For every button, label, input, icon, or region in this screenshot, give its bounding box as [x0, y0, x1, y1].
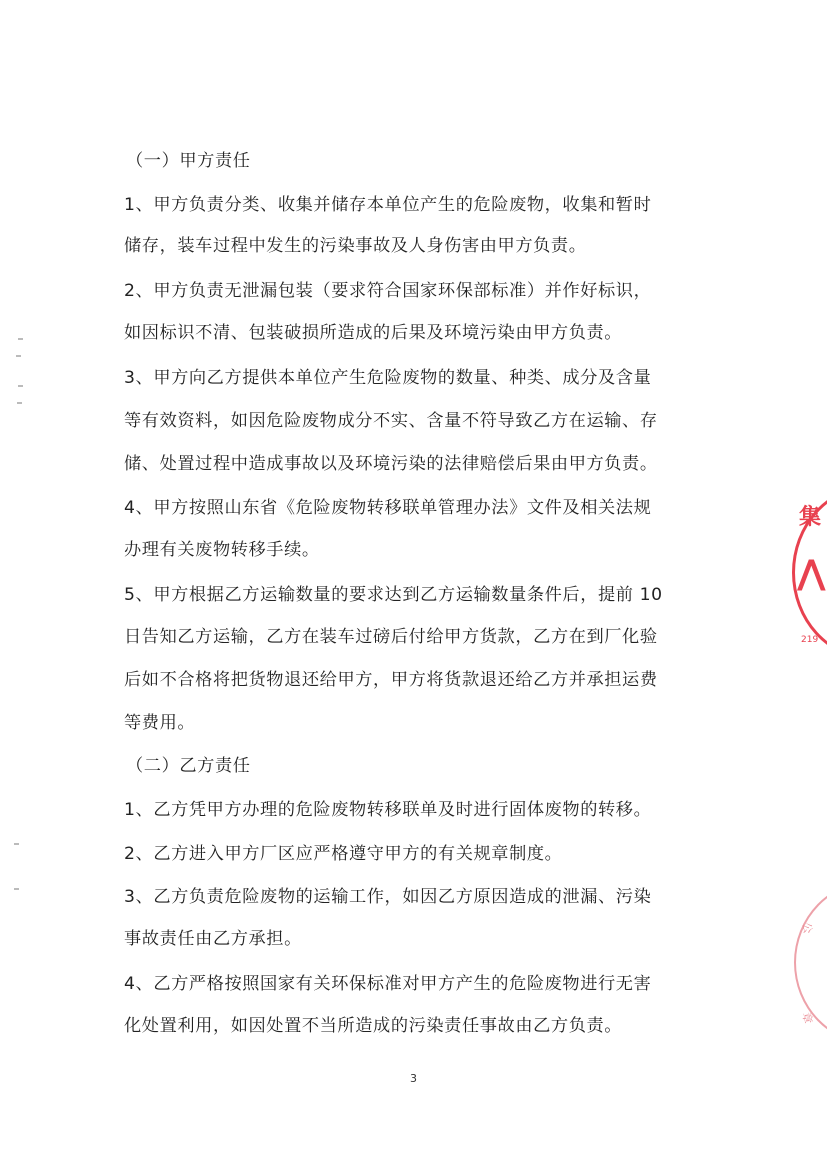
text-line: 储、处置过程中造成事故以及环境污染的法律赔偿后果由甲方负责。 [124, 454, 658, 474]
scan-mark [14, 888, 19, 890]
red-seal-stamp-bottom: 公 章 [790, 880, 827, 1050]
text-line: 等费用。 [124, 713, 195, 733]
document-page: （一）甲方责任 1、甲方负责分类、收集并储存本单位产生的危险废物，收集和暂时 储… [0, 0, 827, 1169]
seal-number: 219 [801, 635, 818, 645]
seal-star-icon: ⋀ [797, 553, 826, 593]
text-line: 4、乙方严格按照国家有关环保标准对甲方产生的危险废物进行无害 [124, 974, 651, 994]
text-line: 日告知乙方运输，乙方在装车过磅后付给甲方货款，乙方在到厂化验 [124, 627, 658, 647]
scan-mark [14, 843, 19, 845]
section-heading-party-b: （二）乙方责任 [126, 756, 251, 776]
text-line: 如因标识不清、包装破损所造成的后果及环境污染由甲方负责。 [124, 323, 622, 343]
seal-character: 章 [799, 1011, 817, 1025]
scan-mark [18, 385, 23, 387]
text-line: 储存，装车过程中发生的污染事故及人身伤害由甲方负责。 [124, 236, 586, 256]
text-line: 事故责任由乙方承担。 [124, 929, 302, 949]
section-heading-party-a: （一）甲方责任 [126, 151, 251, 171]
text-line: 1、乙方凭甲方办理的危险废物转移联单及时进行固体废物的转移。 [124, 800, 651, 820]
text-line: 4、甲方按照山东省《危险废物转移联单管理办法》文件及相关法规 [124, 498, 651, 518]
text-line: 办理有关废物转移手续。 [124, 540, 320, 560]
text-line: 后如不合格将把货物退还给甲方，甲方将货款退还给乙方并承担运费 [124, 670, 658, 690]
text-line: 5、甲方根据乙方运输数量的要求达到乙方运输数量条件后，提前 10 [124, 585, 663, 605]
page-number: 3 [0, 1072, 827, 1085]
text-line: 1、甲方负责分类、收集并储存本单位产生的危险废物，收集和暂时 [124, 195, 651, 215]
red-seal-stamp-top: 集 ⋀ 219 [787, 485, 827, 660]
text-line: 2、乙方进入甲方厂区应严格遵守甲方的有关规章制度。 [124, 844, 562, 864]
text-line: 等有效资料，如因危险废物成分不实、含量不符导致乙方在运输、存 [124, 411, 658, 431]
text-line: 化处置利用，如因处置不当所造成的污染责任事故由乙方负责。 [124, 1016, 622, 1036]
scan-mark [16, 355, 21, 357]
text-line: 3、甲方向乙方提供本单位产生危险废物的数量、种类、成分及含量 [124, 368, 651, 388]
text-line: 3、乙方负责危险废物的运输工作，如因乙方原因造成的泄漏、污染 [124, 887, 651, 907]
scan-mark [17, 402, 22, 404]
seal-character: 集 [799, 500, 821, 531]
text-line: 2、甲方负责无泄漏包装（要求符合国家环保部标准）并作好标识， [124, 281, 651, 301]
scan-mark [18, 338, 23, 340]
